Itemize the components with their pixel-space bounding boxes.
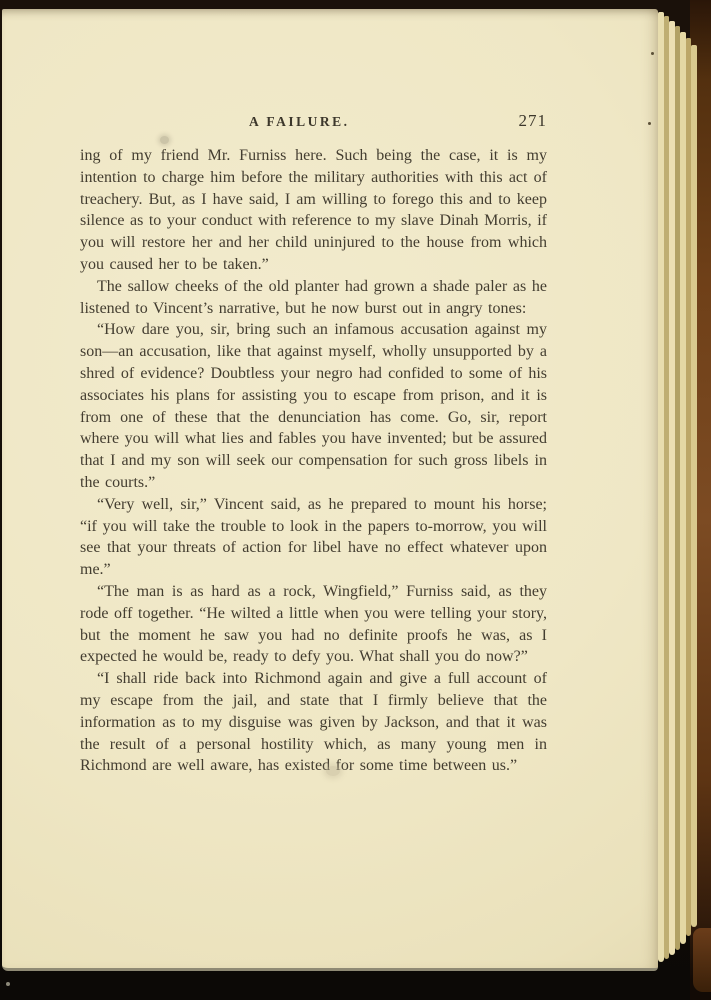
scan-speck (648, 122, 651, 125)
scan-blemish (160, 136, 169, 144)
page-edge-stack (658, 10, 697, 966)
paragraph: ing of my friend Mr. Furniss here. Such … (80, 145, 547, 276)
paragraph: “I shall ride back into Richmond again a… (80, 668, 547, 777)
paragraph: “Very well, sir,” Vincent said, as he pr… (80, 494, 547, 581)
body-text: ing of my friend Mr. Furniss here. Such … (80, 145, 547, 777)
running-title: A FAILURE. (80, 114, 519, 130)
paragraph: The sallow cheeks of the old planter had… (80, 276, 547, 320)
book-page: A FAILURE. 271 ing of my friend Mr. Furn… (2, 9, 658, 971)
paragraph: “How dare you, sir, bring such an infamo… (80, 319, 547, 493)
page-number: 271 (519, 111, 548, 131)
page-edge (691, 45, 697, 927)
scanned-book-photo: A FAILURE. 271 ing of my friend Mr. Furn… (0, 0, 711, 1000)
paragraph: “The man is as hard as a rock, Wingfield… (80, 581, 547, 668)
scan-speck (651, 52, 654, 55)
page-header: A FAILURE. 271 (80, 111, 547, 131)
dust-speck (6, 982, 10, 986)
